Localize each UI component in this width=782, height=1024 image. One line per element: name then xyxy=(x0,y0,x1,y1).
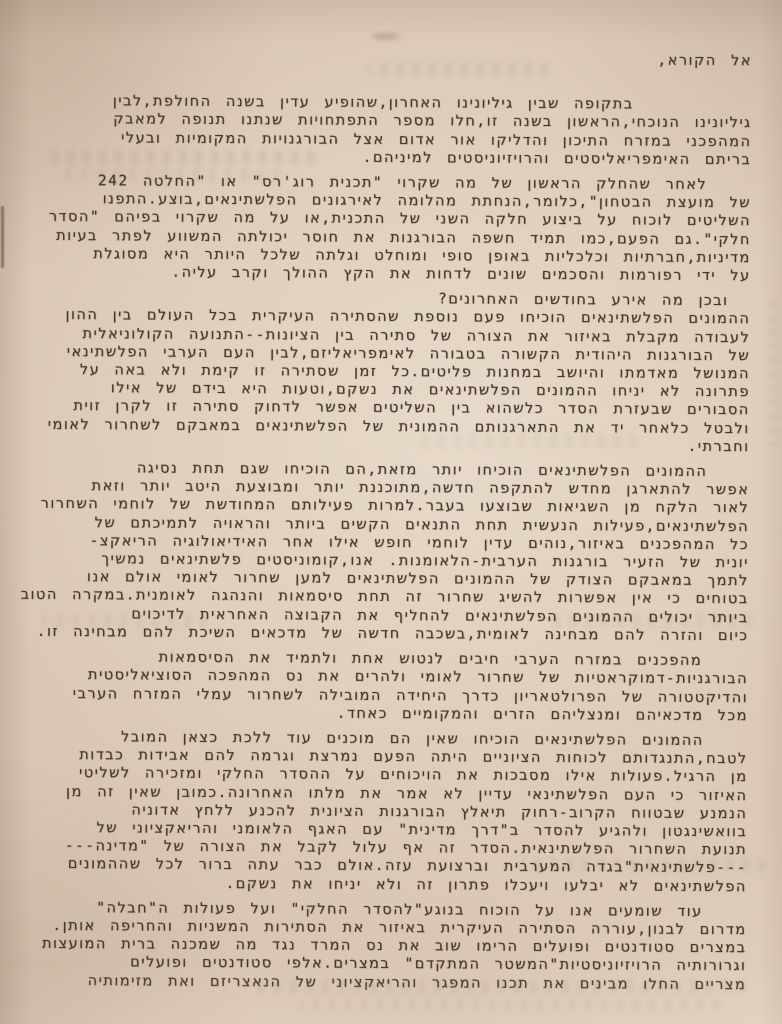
paragraph-6: ההמונים הפלשתינאים הוכיחו שאין הם מוכנים… xyxy=(21,728,748,896)
text-line: כיום והזרה להם מבחינה לאומית,בשכבה חדשה … xyxy=(22,623,748,646)
document-text: אל הקורא, בתקופה שבין גיליונינו האחרון,ש… xyxy=(20,48,752,1001)
text-line: על ידי רפורמות והסכמים שונים לדחות את הק… xyxy=(25,263,751,286)
text-line: בריתם האימפריאליסטים והרויזיוניסטים למינ… xyxy=(25,147,751,170)
paragraph-5: מהפכנים במזרח הערבי חיבים לנטוש אחת ולתמ… xyxy=(22,648,748,725)
text-line: הפלשתינאים לא יבלעו ויעכלו פתרון זה ולא … xyxy=(21,873,747,896)
edge-crease-artifact xyxy=(1,206,4,268)
fold-smudge-artifact xyxy=(372,33,400,40)
paragraph-3: ההמונים הפלשתינאים הוכיחו פעם נוספת שהסת… xyxy=(24,306,751,456)
text-line: מצריים החלו מבינים את תכנו המפגר והריאקצ… xyxy=(20,971,746,994)
salutation: אל הקורא, xyxy=(26,48,752,71)
paragraph-7: עוד שומעים אנו על הוכוח בנוגע"להסדר החלק… xyxy=(20,899,747,994)
text-line: מכל מדכאיהם ומנצליהם הזרים והמקומיים כאח… xyxy=(22,702,748,725)
salutation-line: אל הקורא, xyxy=(26,48,752,71)
paragraph-2: לאחר שהחלק הראשון של מה שקרוי "תכנית רוג… xyxy=(25,172,752,286)
paragraph-1: בתקופה שבין גיליונינו האחרון,שהופיע עדין… xyxy=(25,92,751,169)
scanned-document-screenshot: { "document": { "language": "Hebrew", "d… xyxy=(0,0,782,1024)
paragraph-4: ההמונים הפלשתינאים הוכיחו יותר מזאת,הם ה… xyxy=(22,459,749,645)
margin-speckle-artifact xyxy=(768,302,778,452)
